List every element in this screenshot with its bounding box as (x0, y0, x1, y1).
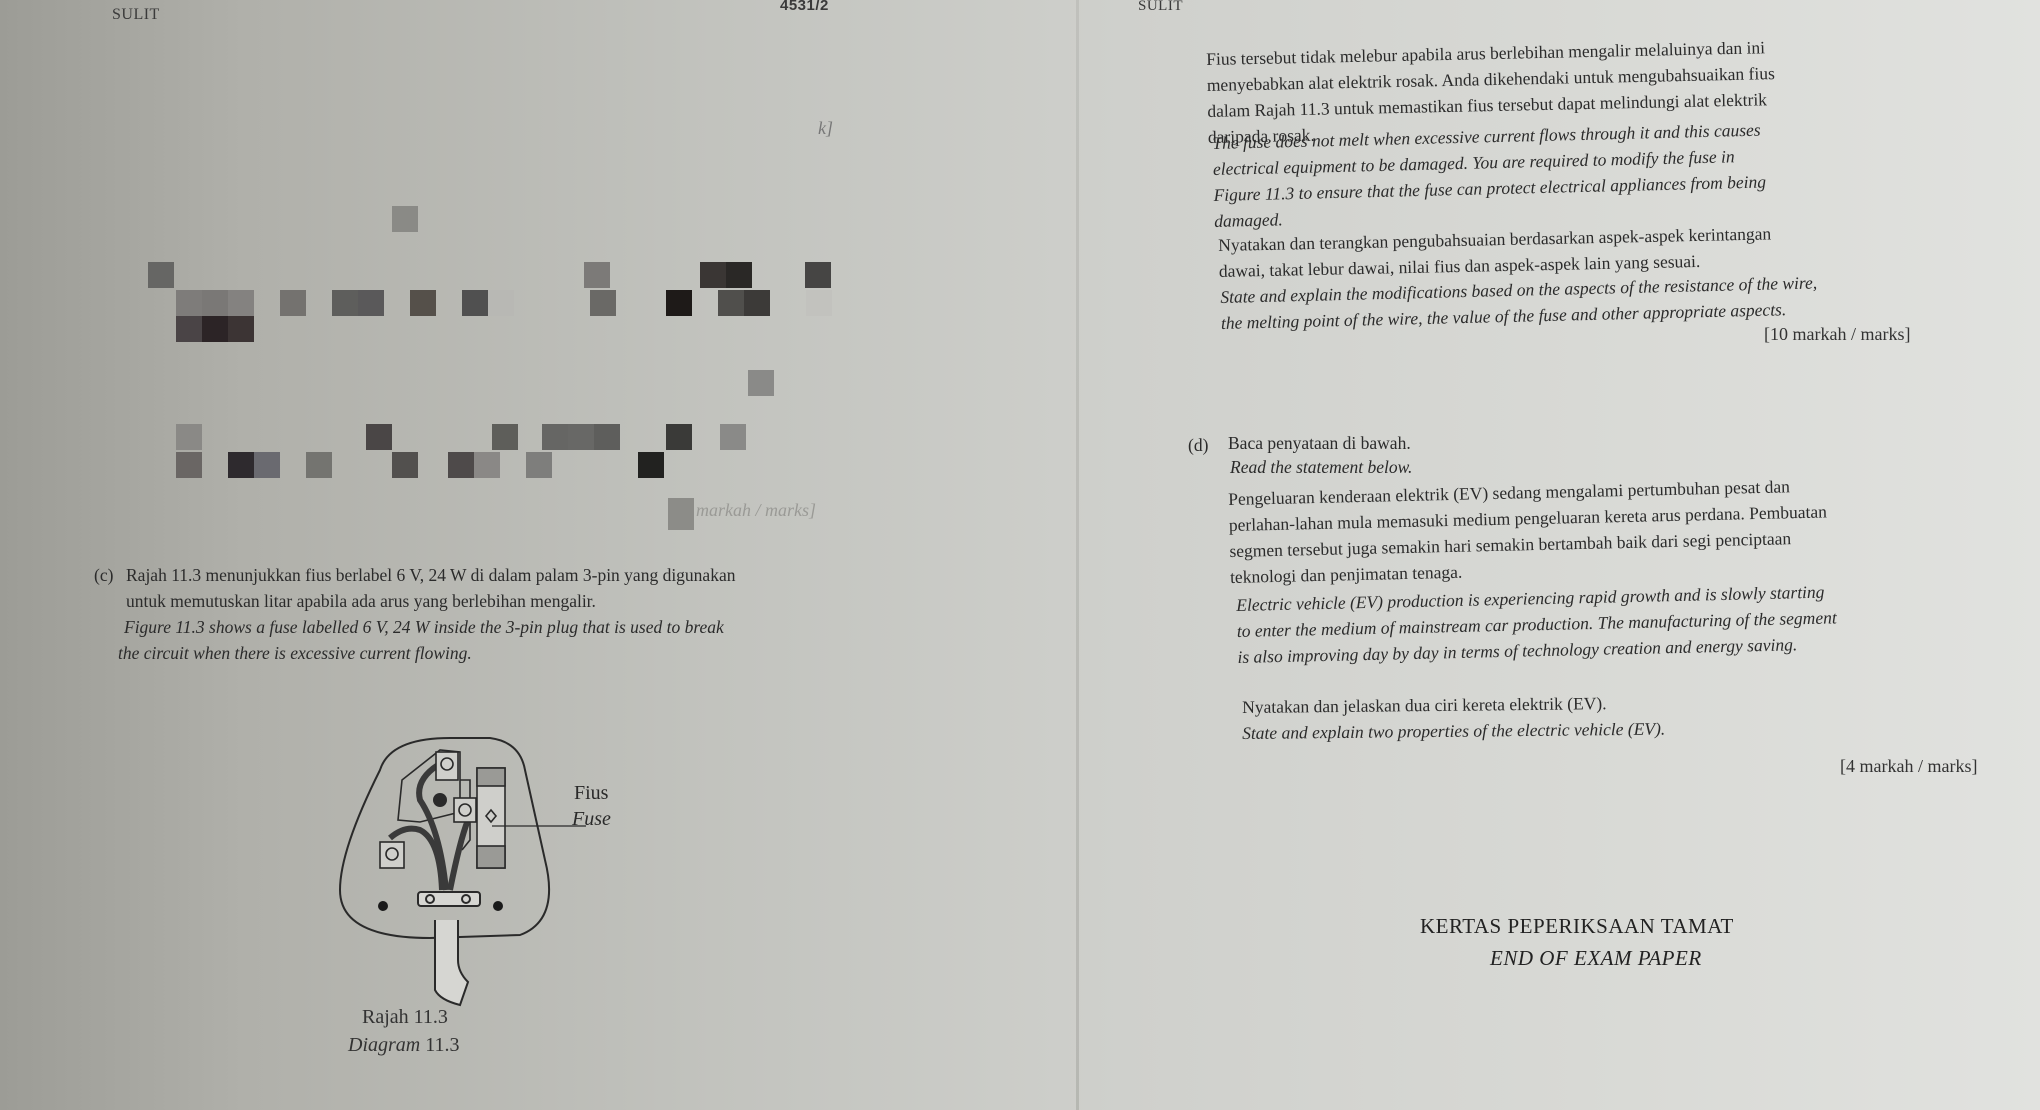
redaction-pixel (720, 424, 746, 450)
header-sulit-left: SULIT (112, 6, 160, 24)
redaction-pixel (254, 452, 280, 478)
diagram-caption-english: Diagram 11.3 (348, 1034, 460, 1057)
fuse-label-malay: Fius (574, 782, 608, 805)
redaction-pixel (488, 290, 514, 316)
plug-diagram (320, 720, 680, 1040)
redaction-pixel (584, 262, 610, 288)
end-of-paper-english: END OF EXAM PAPER (1490, 946, 1702, 971)
redaction-pixel (392, 452, 418, 478)
redaction-pixel (474, 452, 500, 478)
redaction-pixel (358, 290, 384, 316)
redaction-pixel (410, 290, 436, 316)
redaction-pixel (448, 452, 474, 478)
redaction-pixel (176, 424, 202, 450)
task-d-english: State and explain two properties of the … (1242, 716, 1665, 746)
question-d-instruction-malay: Baca penyataan di bawah. (1228, 430, 1411, 456)
redacted-fragment: k] (818, 118, 833, 139)
question-c-label: (c) (94, 562, 113, 588)
statement-malay: Pengeluaran kenderaan elektrik (EV) seda… (1228, 472, 1828, 590)
task-d-malay: Nyatakan dan jelaskan dua ciri kereta el… (1242, 690, 1607, 720)
redaction-pixel (526, 452, 552, 478)
diagram-caption-malay: Rajah 11.3 (362, 1006, 448, 1029)
redaction-pixel (666, 424, 692, 450)
question-c-english-2: the circuit when there is excessive curr… (118, 640, 472, 666)
question-d-instruction-english: Read the statement below. (1230, 454, 1412, 480)
redaction-pixel (718, 290, 744, 316)
marks-c: [10 markah / marks] (1764, 324, 1910, 345)
redacted-marks-block (668, 498, 694, 530)
redaction-pixel (176, 290, 202, 316)
intro-english: The fuse does not melt when excessive cu… (1212, 116, 1767, 233)
redaction-pixel (228, 290, 254, 316)
redaction-pixel (332, 290, 358, 316)
redaction-pixel (228, 316, 254, 342)
diagram-caption-english-prefix: Diagram (348, 1034, 420, 1056)
redacted-marks: markah / marks] (696, 500, 816, 521)
diagram-caption-english-number: 11.3 (425, 1034, 459, 1056)
redaction-pixel (726, 262, 752, 288)
marks-d: [4 markah / marks] (1840, 756, 1977, 777)
redaction-pixel (568, 424, 594, 450)
redaction-pixel (590, 290, 616, 316)
redaction-pixel (492, 424, 518, 450)
page-fold (1076, 0, 1079, 1110)
redaction-pixel (805, 262, 831, 288)
three-pin-plug-icon (320, 720, 680, 1040)
redaction-pixel (638, 452, 664, 478)
paper-code: 4531/2 (780, 0, 829, 14)
header-sulit-right: SULIT (1138, 0, 1183, 15)
redaction-pixel (542, 424, 568, 450)
question-d-label: (d) (1188, 432, 1208, 458)
redaction-pixel (228, 452, 254, 478)
redaction-pixel (594, 424, 620, 450)
redaction-pixel (666, 290, 692, 316)
redaction-pixel (176, 452, 202, 478)
redaction-pixel (700, 262, 726, 288)
redaction-pixel (280, 290, 306, 316)
redaction-pixel (306, 452, 332, 478)
redaction-pixel (176, 316, 202, 342)
question-c-english-1: Figure 11.3 shows a fuse labelled 6 V, 2… (124, 614, 724, 640)
redaction-pixel (748, 370, 774, 396)
redaction-pixel (202, 290, 228, 316)
redaction-pixel (366, 424, 392, 450)
redaction-pixel (392, 206, 418, 232)
statement-english: Electric vehicle (EV) production is expe… (1236, 578, 1838, 670)
question-c-malay-1: Rajah 11.3 menunjukkan fius berlabel 6 V… (126, 562, 735, 588)
redaction-pixel (202, 316, 228, 342)
redaction-pixel (148, 262, 174, 288)
redaction-pixel (806, 290, 832, 316)
end-of-paper-malay: KERTAS PEPERIKSAAN TAMAT (1420, 914, 1734, 939)
redaction-pixel (744, 290, 770, 316)
fuse-label-english: Fuse (572, 808, 611, 831)
redaction-pixel (462, 290, 488, 316)
question-c-malay-2: untuk memutuskan litar apabila ada arus … (126, 588, 596, 614)
